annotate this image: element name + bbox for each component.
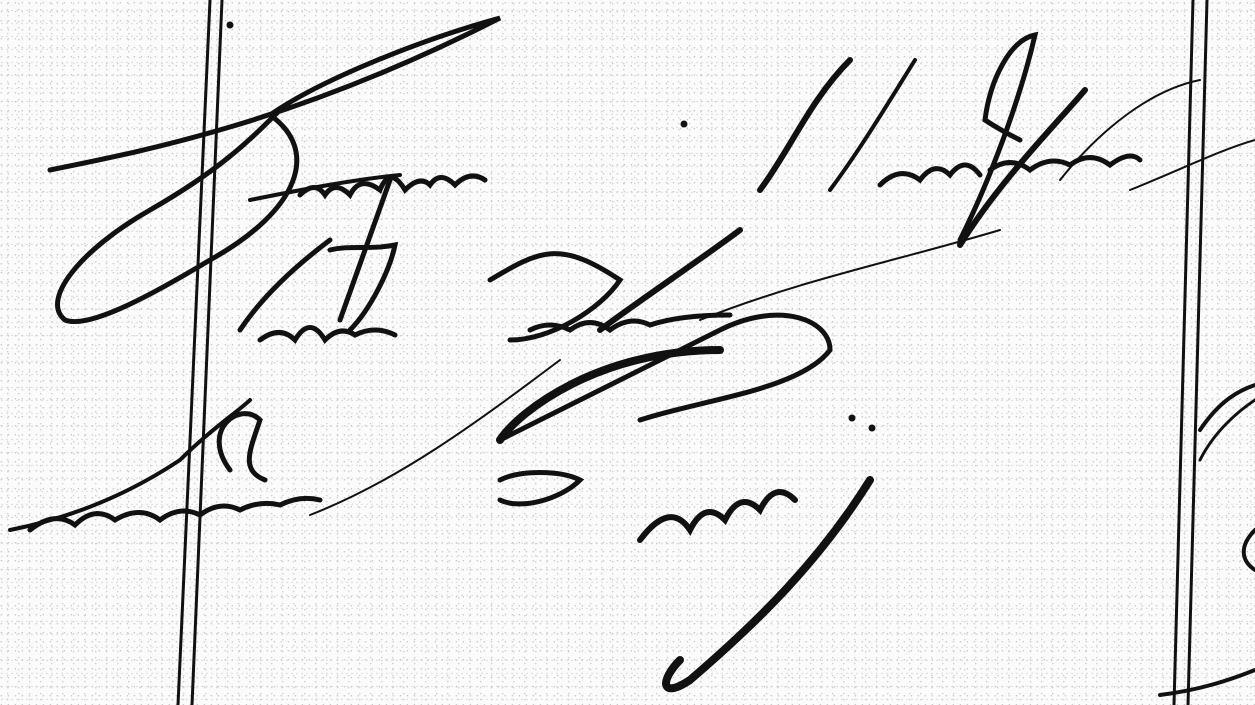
handwriting-ink: [0, 0, 1255, 705]
scanned-document-page: Zeugnist der Jüngsten Chlyno Dasfe Ledec…: [0, 0, 1255, 705]
left-rule-line: [178, 0, 210, 705]
left-rule-line: [192, 0, 222, 705]
